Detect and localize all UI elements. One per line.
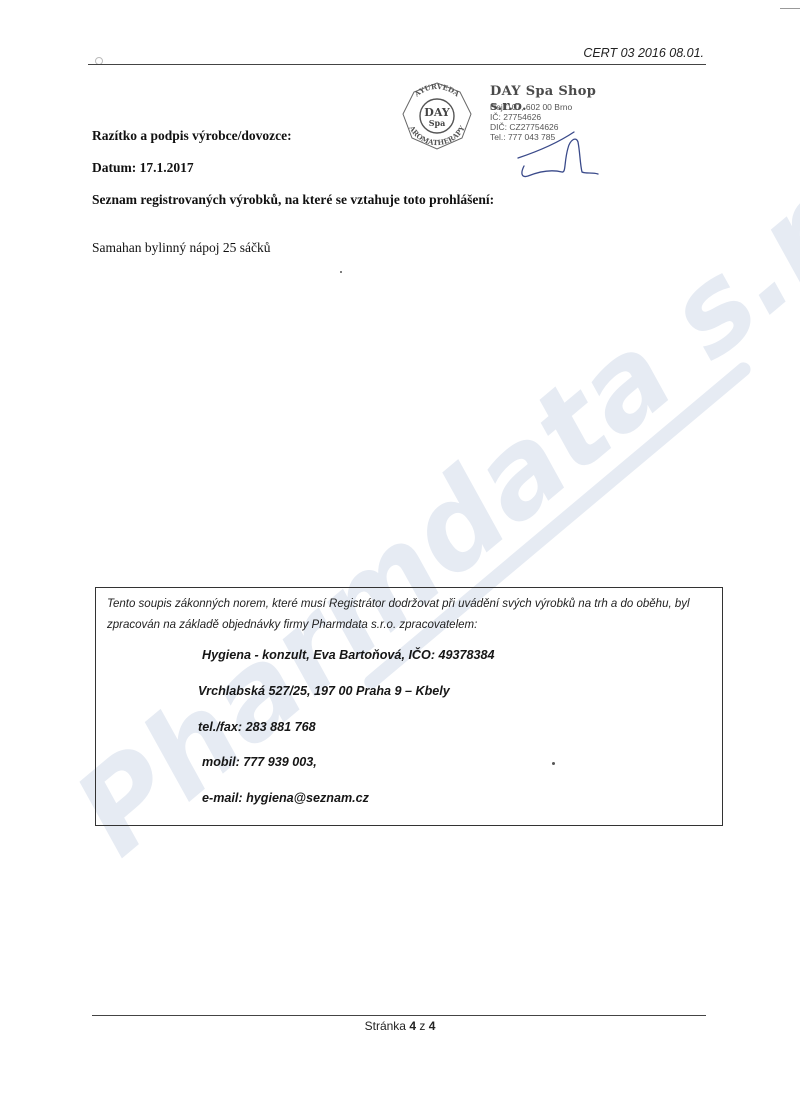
footer-divider xyxy=(92,1015,706,1016)
product-item: Samahan bylinný nápoj 25 sáčků xyxy=(92,240,270,256)
stamp-address: Cejl 107, 602 00 Brno xyxy=(490,102,572,112)
scan-speck xyxy=(340,271,342,273)
processor-address: Vrchlabská 527/25, 197 00 Praha 9 – Kbel… xyxy=(198,684,450,698)
signature xyxy=(516,122,606,178)
processor-company: Hygiena - konzult, Eva Bartoňová, IČO: 4… xyxy=(202,648,495,662)
certificate-code: CERT 03 2016 08.01. xyxy=(583,46,704,60)
scan-speck xyxy=(552,762,555,765)
svg-text:Spa: Spa xyxy=(429,118,446,128)
processor-telfax: tel./fax: 283 881 768 xyxy=(198,720,316,734)
stamp-logo-icon: AYURVEDA AROMATHERAPY DAY Spa xyxy=(398,80,476,152)
product-list-heading: Seznam registrovaných výrobků, na které … xyxy=(92,192,494,208)
page-total: 4 xyxy=(429,1019,436,1033)
stamp-signature-label: Razítko a podpis výrobce/dovozce: xyxy=(92,128,292,144)
page-word: Stránka xyxy=(365,1019,406,1033)
stamp-ico: IČ: 27754626 xyxy=(490,112,572,122)
company-stamp: AYURVEDA AROMATHERAPY DAY Spa DAY Spa Sh… xyxy=(398,80,608,180)
info-intro-text: Tento soupis zákonných norem, které musí… xyxy=(107,594,719,636)
page-number: Stránka 4 z 4 xyxy=(0,1019,800,1033)
page-separator: z xyxy=(419,1019,425,1033)
page-current: 4 xyxy=(409,1019,416,1033)
processor-email[interactable]: e-mail: hygiena@seznam.cz xyxy=(202,791,369,805)
processor-info-box: Tento soupis zákonných norem, které musí… xyxy=(95,587,723,826)
date-label: Datum: 17.1.2017 xyxy=(92,160,194,176)
svg-text:AYURVEDA: AYURVEDA xyxy=(412,82,462,99)
top-edge-mark xyxy=(780,8,800,9)
header-divider xyxy=(88,64,706,65)
processor-mobile: mobil: 777 939 003, xyxy=(202,755,317,769)
